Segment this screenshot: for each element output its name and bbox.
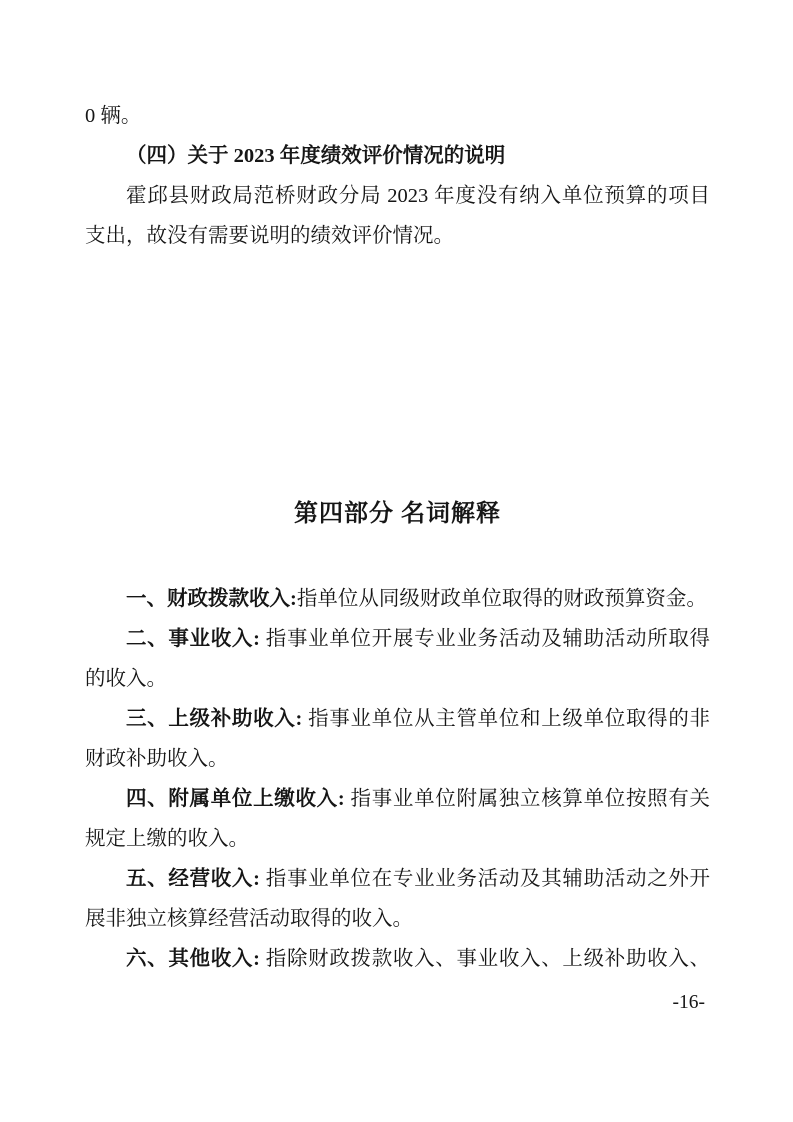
document-page: 0 辆。 （四）关于 2023 年度绩效评价情况的说明 霍邱县财政局范桥财政分局… — [0, 0, 793, 1122]
glossary-term: 六、其他收入: — [126, 948, 260, 970]
section-paragraph: 霍邱县财政局范桥财政分局 2023 年度没有纳入单位预算的项目支出，故没有需要说… — [85, 176, 710, 256]
glossary-item: 一、财政拨款收入:指单位从同级财政单位取得的财政预算资金。 — [85, 579, 710, 619]
glossary-item: 四、附属单位上缴收入: 指事业单位附属独立核算单位按照有关规定上缴的收入。 — [85, 779, 710, 859]
glossary-item: 六、其他收入: 指除财政拨款收入、事业收入、上级补助收入、 — [85, 939, 710, 979]
glossary-term: 四、附属单位上缴收入: — [126, 788, 345, 810]
section-heading: （四）关于 2023 年度绩效评价情况的说明 — [85, 136, 710, 176]
glossary-item: 二、事业收入: 指事业单位开展专业业务活动及辅助活动所取得的收入。 — [85, 619, 710, 699]
glossary-definition: 指单位从同级财政单位取得的财政预算资金。 — [297, 588, 707, 610]
glossary-term: 一、财政拨款收入: — [126, 588, 297, 610]
glossary-term: 三、上级补助收入: — [126, 708, 302, 730]
carryover-text: 0 辆。 — [85, 96, 710, 136]
glossary-list: 一、财政拨款收入:指单位从同级财政单位取得的财政预算资金。 二、事业收入: 指事… — [85, 579, 710, 979]
page-number: -16- — [673, 991, 706, 1015]
glossary-item: 五、经营收入: 指事业单位在专业业务活动及其辅助活动之外开展非独立核算经营活动取… — [85, 859, 710, 939]
glossary-term: 五、经营收入: — [126, 868, 260, 890]
glossary-term: 二、事业收入: — [126, 628, 260, 650]
glossary-definition: 指除财政拨款收入、事业收入、上级补助收入、 — [260, 948, 710, 970]
part-title: 第四部分 名词解释 — [85, 492, 710, 536]
glossary-item: 三、上级补助收入: 指事业单位从主管单位和上级单位取得的非财政补助收入。 — [85, 699, 710, 779]
